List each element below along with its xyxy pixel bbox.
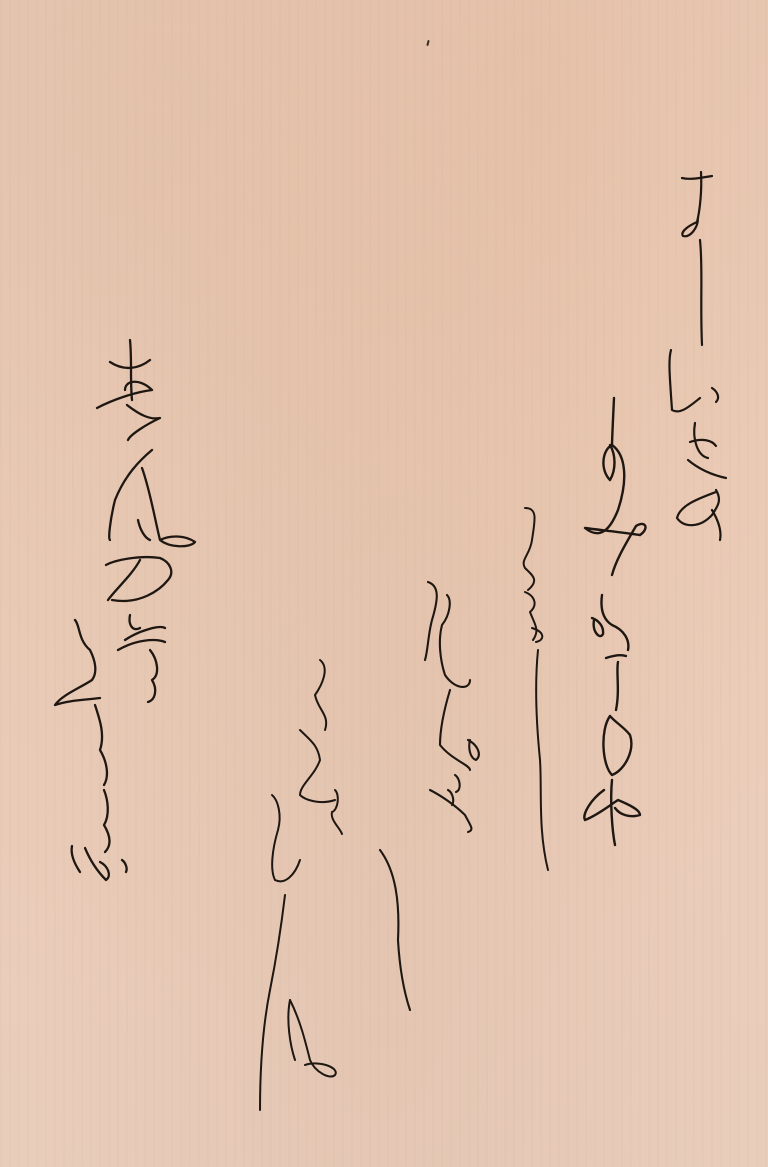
- column-1-strokes: [669, 172, 726, 540]
- calligraphy-paper: [0, 0, 768, 1167]
- column-3-strokes: [524, 508, 548, 870]
- column-6-strokes: [55, 340, 195, 880]
- column-2-strokes: [584, 398, 645, 845]
- calligraphy-strokes: [0, 0, 768, 1167]
- ink-layer: [55, 172, 726, 1110]
- column-4-strokes: [380, 582, 479, 1010]
- column-5-strokes: [260, 660, 342, 1110]
